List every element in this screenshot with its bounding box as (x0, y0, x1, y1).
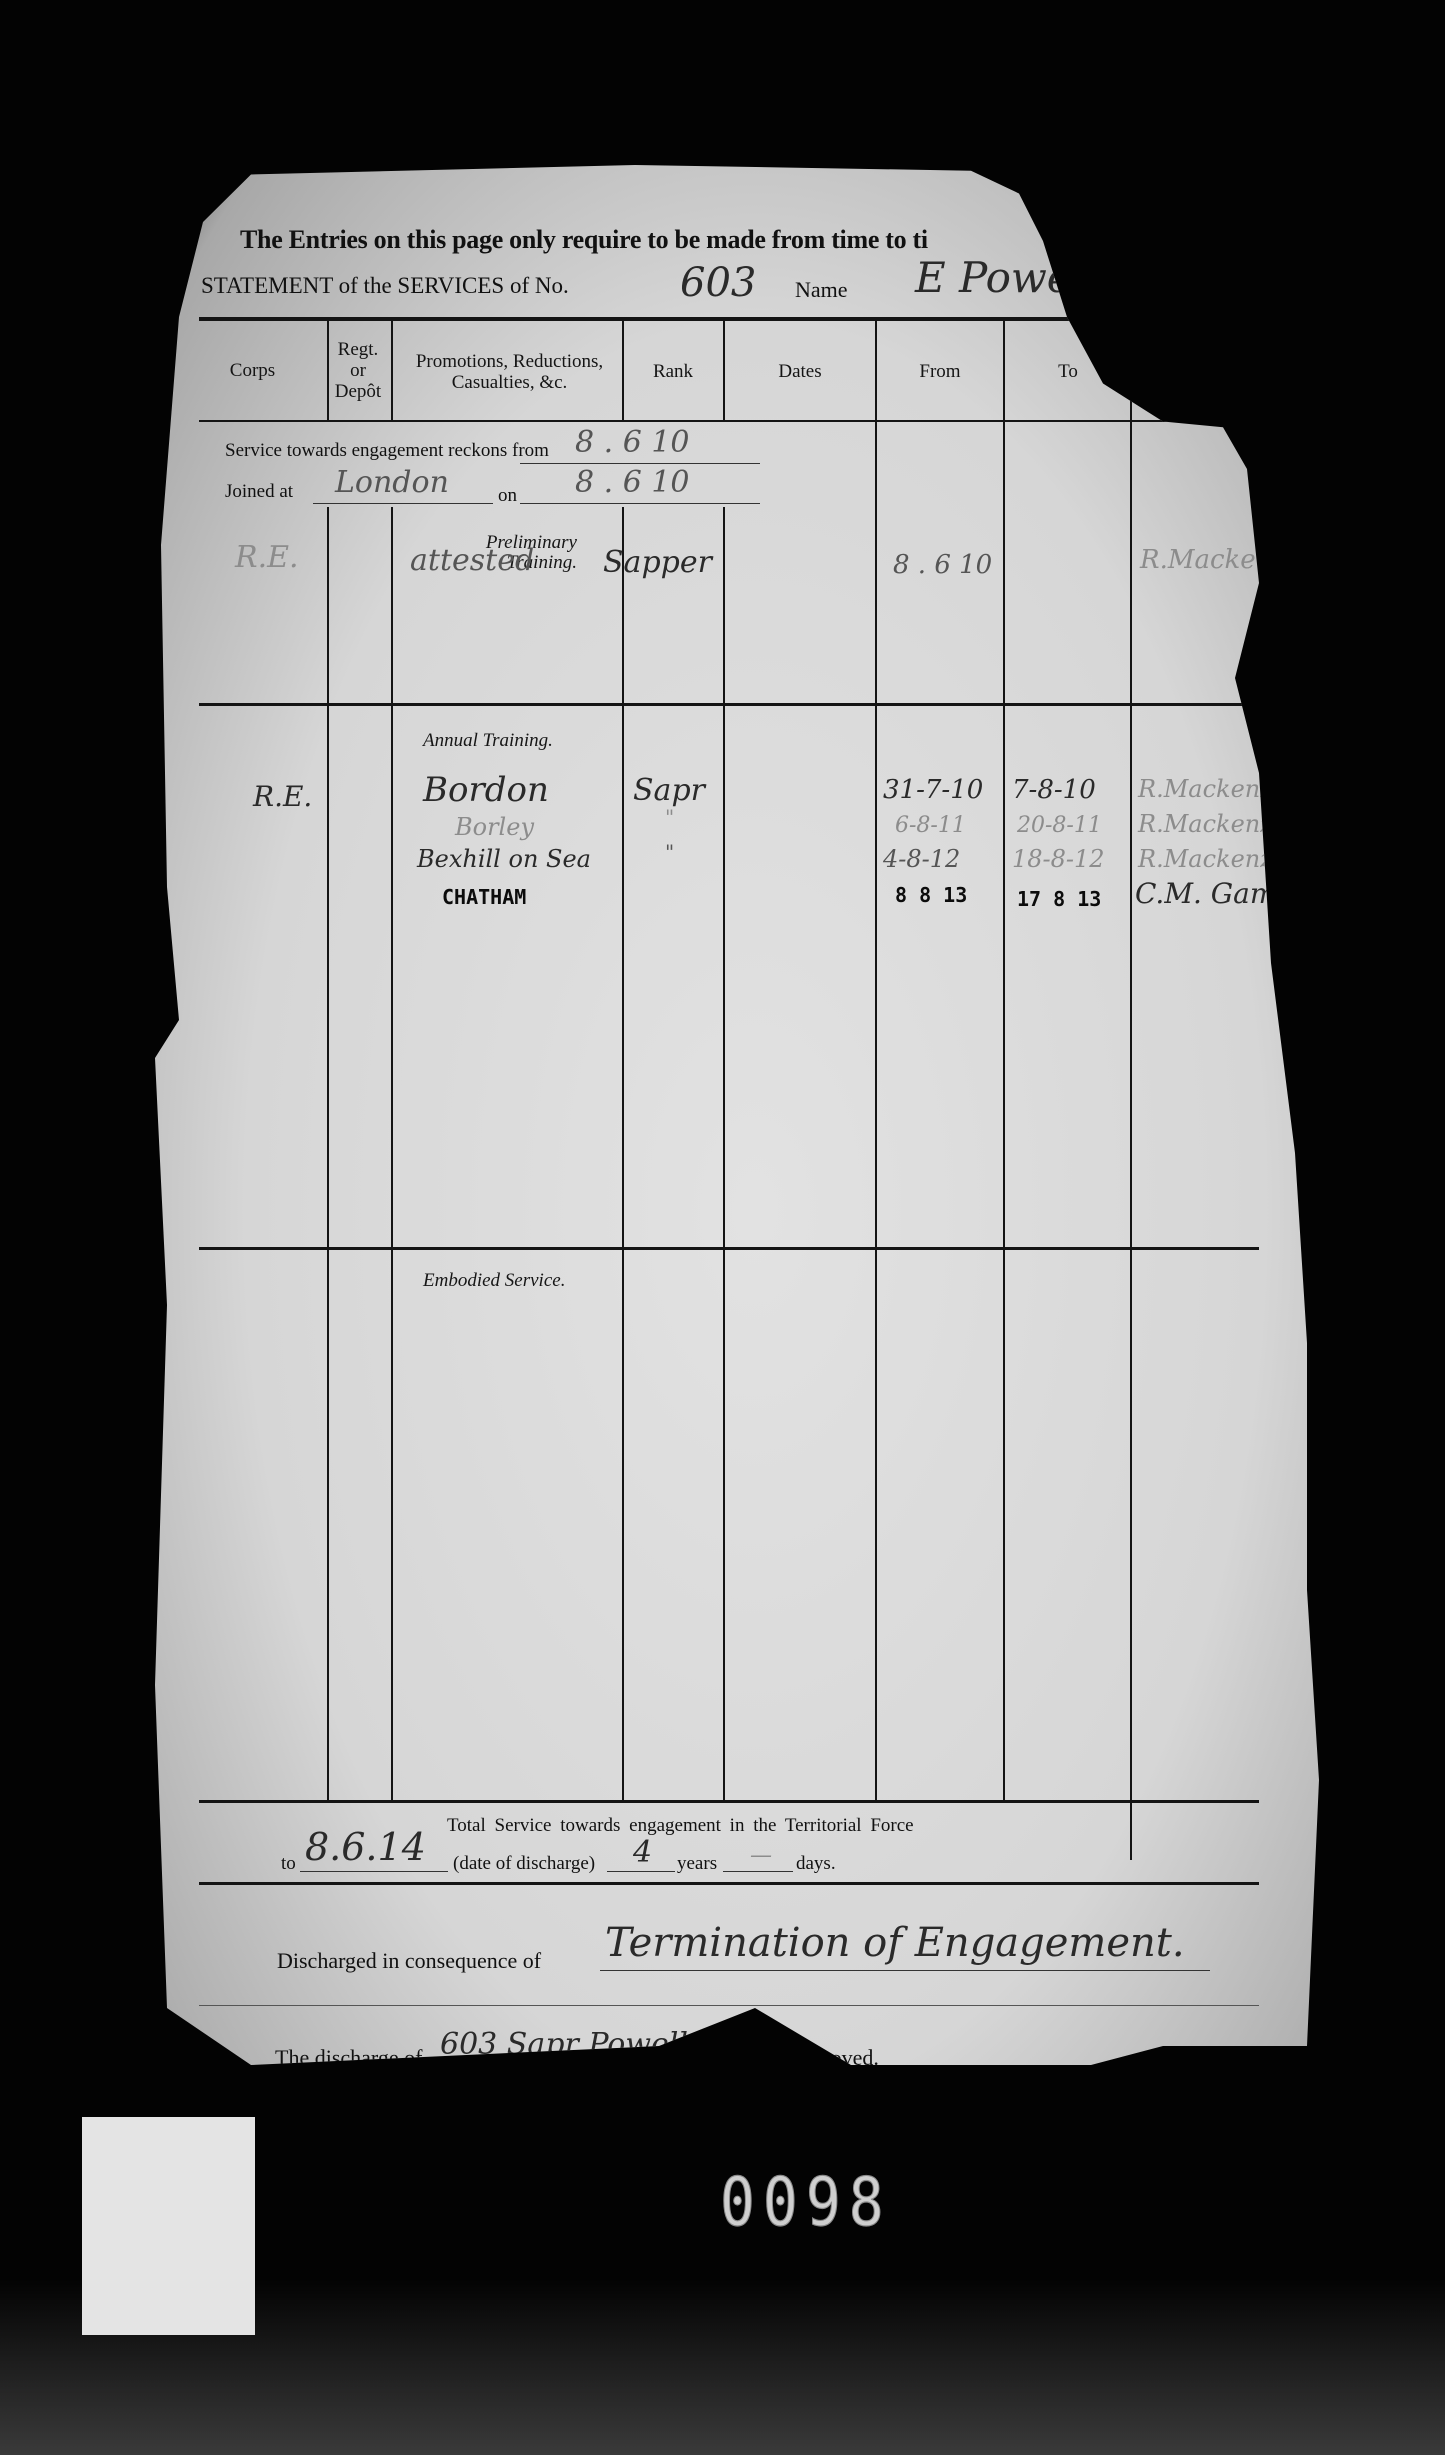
service-reckons-value: 8 . 6 10 (575, 425, 690, 460)
film-target-card (82, 2117, 255, 2335)
annual-row-rank: Sapr (633, 773, 705, 808)
service-record-page: The Entries on this page only require to… (155, 165, 1355, 2065)
annual-row-place: Bordon (423, 770, 549, 810)
date-year-suffix: 14. (563, 2153, 601, 2181)
discharge-reason-value: Termination of Engagement. (605, 1920, 1185, 1966)
col-header-to: To (1005, 361, 1131, 382)
date-of-discharge-label: (date of discharge) (453, 1853, 595, 1875)
annual-row-signature: C.M. Gamage (1135, 877, 1328, 910)
date-value: 8 6 (335, 2137, 411, 2177)
col-header-regt-line1: Regt. (327, 339, 389, 360)
header-bottom-rule (199, 420, 1259, 422)
station-value: London (365, 2075, 509, 2119)
annual-training-label: Annual Training. (423, 730, 553, 752)
col-header-rank: Rank (623, 361, 723, 382)
signature-for: for (1155, 2065, 1181, 2086)
col-header-signature-line3: of En (1135, 381, 1195, 423)
col-divider-dates-body (723, 507, 725, 1802)
annual-row-to: 18-8-12 (1012, 845, 1105, 873)
joined-on-underline (520, 503, 760, 504)
col-header-corps: Corps (200, 360, 305, 381)
annual-row-signature: R.Mackenzie (1138, 845, 1295, 873)
preliminary-from: 8 . 6 10 (893, 550, 992, 580)
signature-value: C.M. Gamage (937, 2090, 1157, 2128)
col-header-regt: Regt. or Depôt (327, 339, 389, 402)
years-label: years (677, 1853, 717, 1875)
preliminary-corps: R.E. (235, 540, 299, 575)
date-underline (253, 2185, 533, 2186)
notice-text: The Entries on this page only require to… (240, 225, 928, 255)
joined-on-value: 8 . 6 10 (575, 465, 690, 500)
service-reckons-label: Service towards engagement reckons from (225, 440, 549, 462)
col-header-promotions-line2: Casualties, &c. (397, 372, 622, 393)
col-header-signature-line1: Signa (1135, 339, 1195, 360)
col-divider-from (875, 320, 877, 1802)
service-reckons-underline (520, 463, 760, 464)
col-divider-regt (327, 320, 329, 420)
col-divider-regt-body (327, 507, 329, 1802)
col-header-promotions: Promotions, Reductions, Casualties, &c. (397, 351, 622, 393)
col-header-signature: Signa certif of En (1135, 339, 1195, 423)
joined-at-underline (313, 503, 493, 504)
joined-at-label: Joined at (225, 481, 293, 503)
days-value: — (750, 1843, 772, 1868)
frame-number: 0098 (720, 2163, 892, 2241)
annual-row-place: CHATHAM (442, 885, 526, 909)
total-service-to-value: 8.6.14 (305, 1825, 426, 1869)
col-divider-dates (723, 320, 725, 420)
col-divider-rank-body (622, 507, 624, 1802)
signature-underline (937, 2128, 1307, 2129)
approval-underline (437, 2067, 697, 2068)
col-header-promotions-line1: Promotions, Reductions, (397, 351, 622, 372)
annual-row-rank: " (665, 805, 674, 829)
annual-row-to: 17 8 13 (1017, 887, 1101, 911)
preliminary-bottom-rule (199, 703, 1259, 706)
embodied-service-label: Embodied Service. (423, 1270, 565, 1292)
annual-row-place: Bexhill on Sea (417, 845, 591, 873)
discharge-reason-underline (600, 1970, 1210, 1971)
col-header-signature-line2: certif (1135, 360, 1195, 381)
preliminary-entry: attested (410, 543, 534, 578)
approval-suffix: , is hereby approved. (695, 2045, 879, 2071)
annual-row-to: 7-8-10 (1012, 775, 1096, 805)
statement-label: STATEMENT of the SERVICES of No. (201, 273, 569, 299)
table-top-rule (199, 317, 1209, 321)
years-value: 4 (633, 1835, 652, 1870)
days-underline (723, 1871, 793, 1872)
annual-row-signature: R.Mackenzie (1138, 810, 1295, 838)
date-year-prefix: 190 (533, 2165, 563, 2188)
col-divider-promo (391, 320, 393, 420)
days-label: days. (796, 1853, 836, 1875)
service-number-value: 603 (680, 260, 756, 306)
annual-row-from: 6-8-11 (895, 813, 966, 838)
annual-row-place: Borley (455, 813, 534, 841)
annual-row-signature: R.Mackenzie (1138, 775, 1295, 803)
annual-corps: R.E. (253, 780, 312, 813)
years-underline (607, 1871, 675, 1872)
joined-at-value: London (335, 465, 449, 500)
approval-prefix: The discharge of (275, 2045, 422, 2071)
preliminary-rank: Sapper (603, 545, 712, 580)
col-divider-to (1003, 320, 1005, 1802)
discharge-reason-label: Discharged in consequence of (277, 1948, 541, 1974)
annual-row-from: 4-8-12 (883, 845, 960, 873)
annual-row-to: 20-8-11 (1017, 813, 1102, 838)
name-value: E Powell (915, 253, 1099, 302)
preliminary-signature: R.Mackenzie (1140, 545, 1310, 575)
signature-label: Signature (837, 2107, 914, 2130)
approval-value: 603 Sapr Powell E (440, 2027, 719, 2062)
signature-title: Capt R.E.T. (1190, 2080, 1360, 2115)
joined-on-label: on (498, 485, 517, 507)
name-label: Name (795, 277, 848, 303)
total-service-bottom-rule (199, 1882, 1259, 1885)
approval-top-rule (199, 2005, 1259, 2006)
annual-row-from: 8 8 13 (895, 883, 967, 907)
col-header-regt-line2: or (327, 360, 389, 381)
station-underline (273, 2128, 618, 2129)
col-header-dates: Dates (725, 361, 875, 382)
total-service-to-underline (300, 1871, 448, 1872)
col-header-from: From (877, 361, 1003, 382)
total-service-label: Total Service towards engagement in the … (447, 1815, 914, 1837)
total-service-to-label: to (281, 1853, 296, 1875)
annual-row-rank: " (665, 840, 674, 864)
embodied-bottom-rule (199, 1800, 1259, 1803)
annual-row-from: 31-7-10 (883, 775, 983, 805)
col-divider-promo-body (391, 507, 393, 1802)
annual-bottom-rule (199, 1247, 1259, 1250)
col-header-regt-line3: Depôt (327, 381, 389, 402)
col-divider-signature (1130, 320, 1132, 1860)
col-divider-rank (622, 320, 624, 420)
